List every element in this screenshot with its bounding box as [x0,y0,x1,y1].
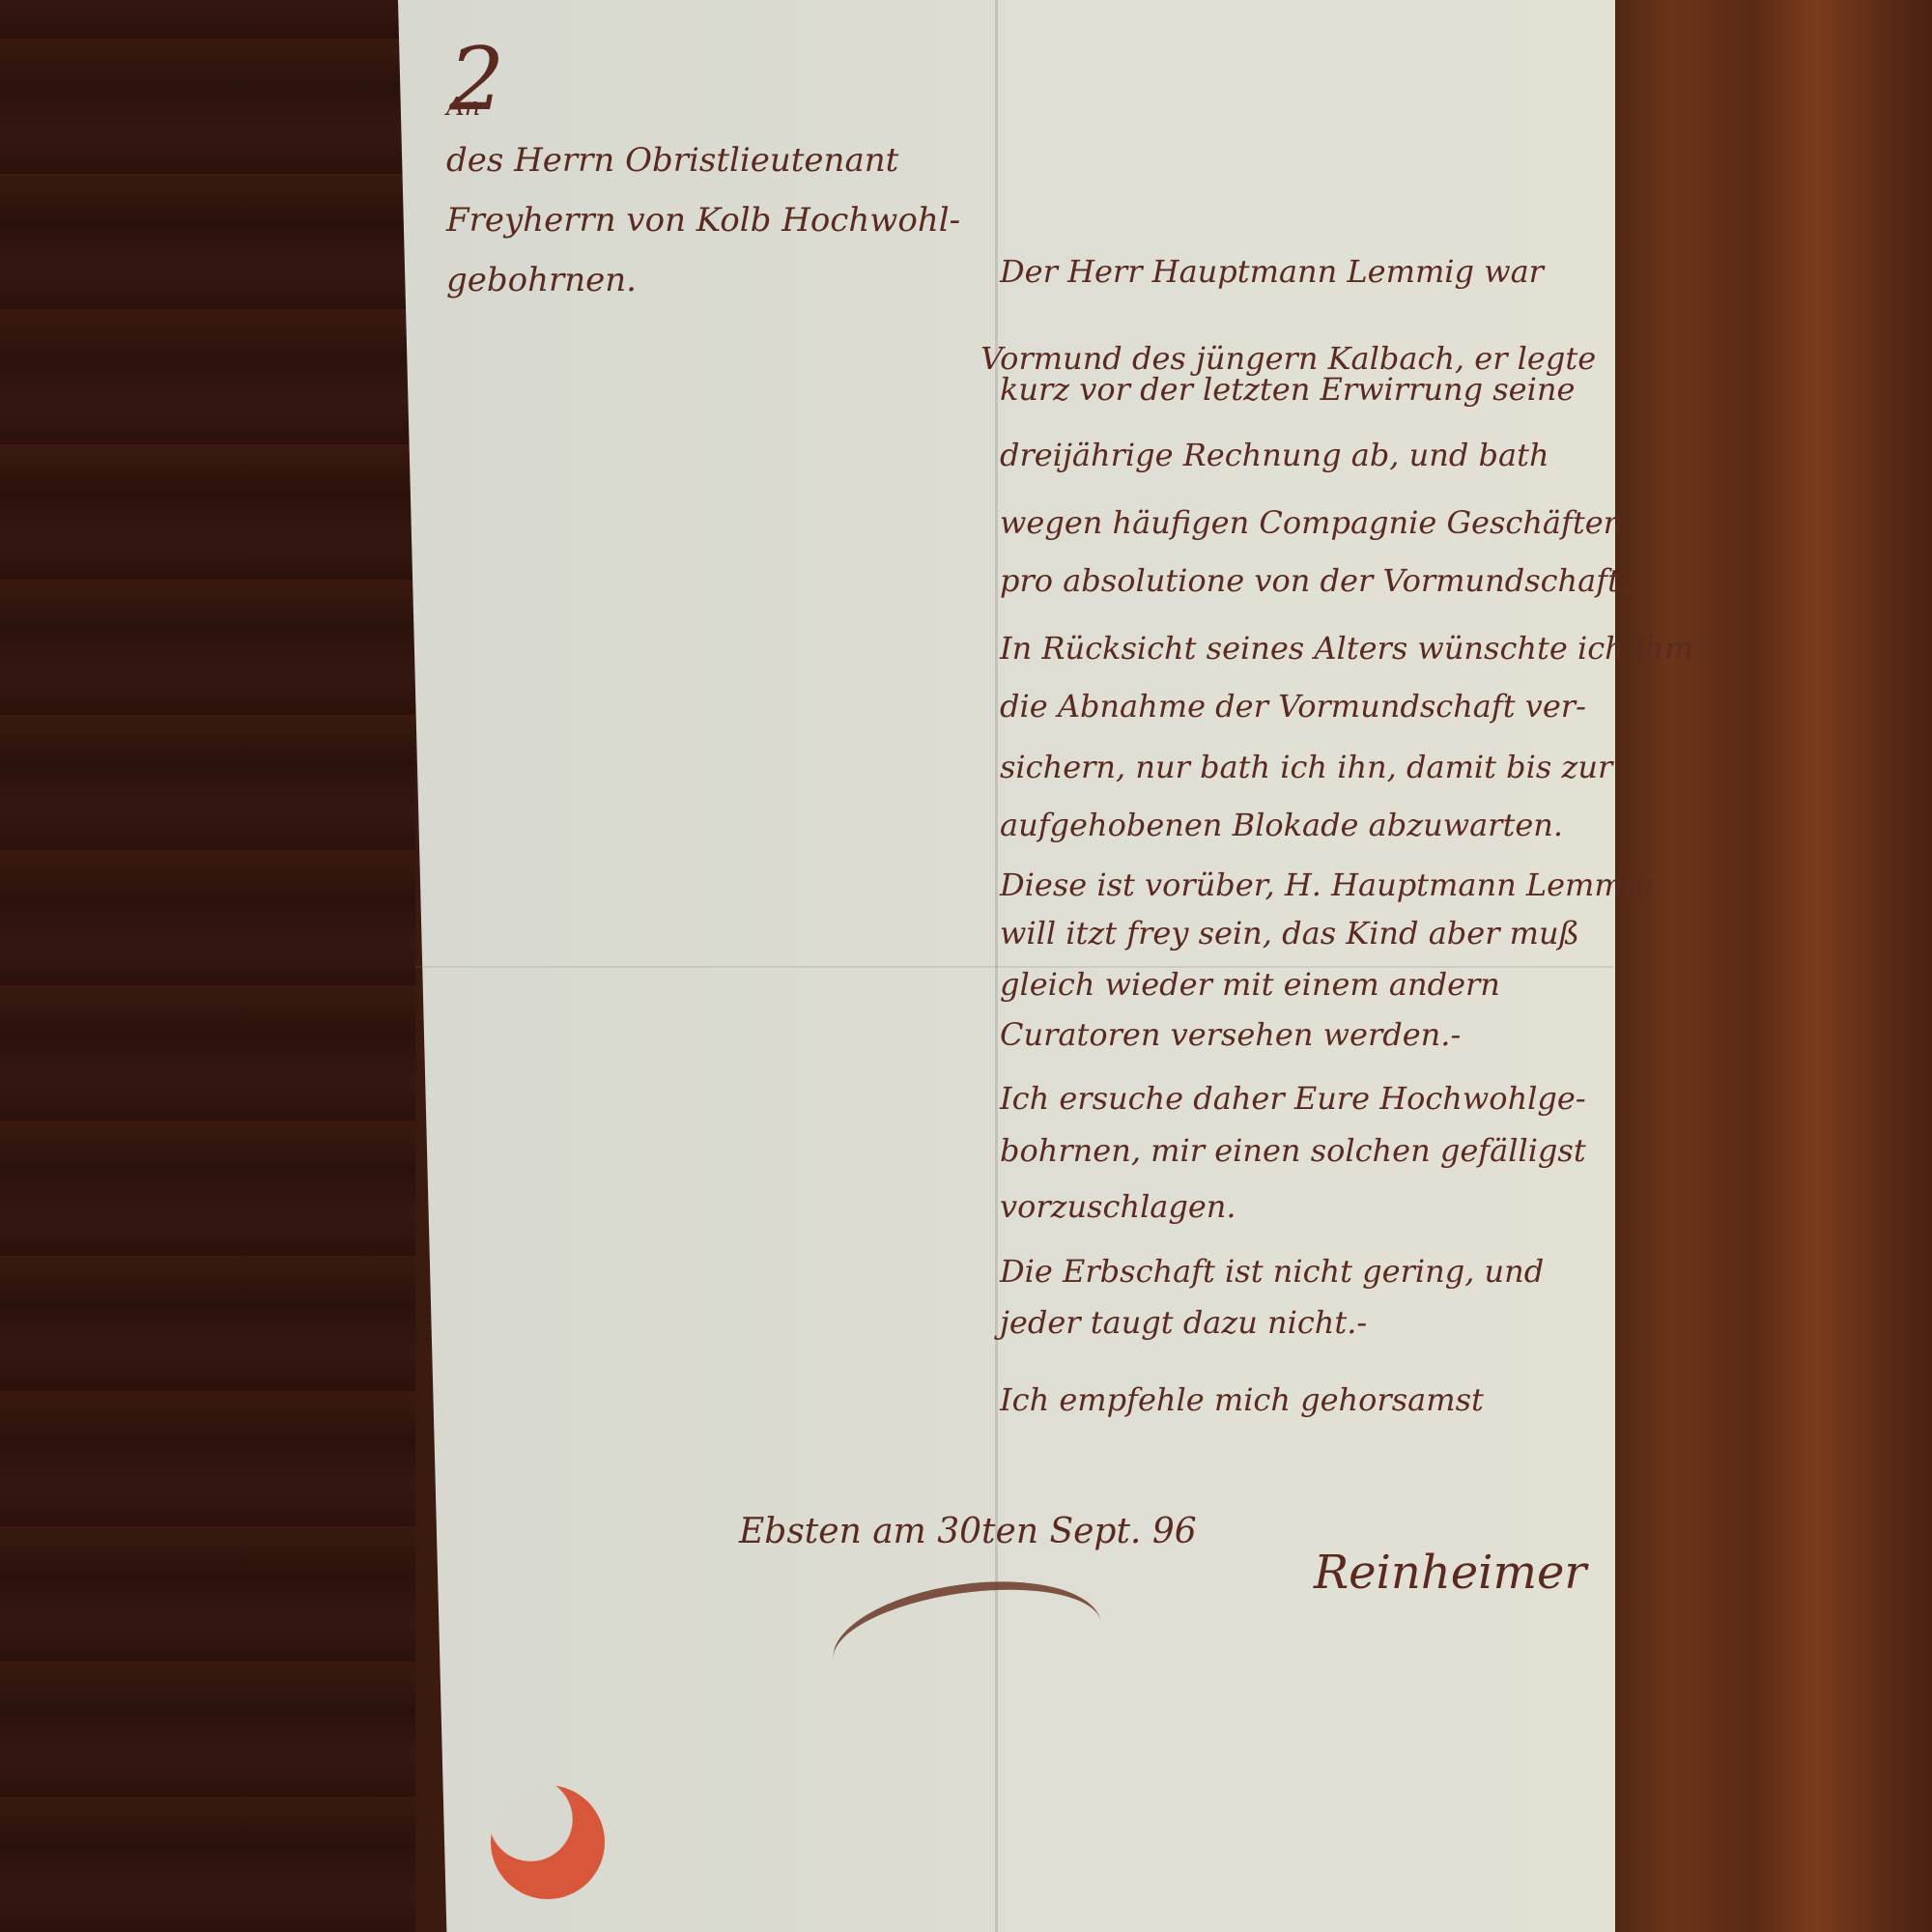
body-line: Ich ersuche daher Eure Hochwohlge- [1000,1080,1586,1117]
signature: Reinheimer [1314,1546,1586,1600]
body-line: Der Herr Hauptmann Lemmig war [1000,253,1544,290]
body-line: bohrnen, mir einen solchen gefälligst [1000,1132,1586,1169]
body-line: kurz vor der letzten Erwirrung seine [1000,371,1575,408]
body-line: will itzt frey sein, das Kind aber muß [1000,915,1579,952]
body-line: Die Erbschaft ist nicht gering, und [1000,1253,1544,1290]
body-line: Curatoren versehen werden.- [1000,1016,1461,1053]
address-line: An [446,77,481,137]
wood-table-left [0,0,415,1932]
body-line: aufgehobenen Blokade abzuwarten. [1000,807,1563,843]
body-line: vorzuschlagen. [1000,1188,1236,1225]
body-line: sichern, nur bath ich ihn, damit bis zur [1000,749,1612,785]
address-line: des Herrn Obristlieutenant [446,130,898,190]
address-line: gebohrnen. [446,250,637,310]
address-line: Freyherrn von Kolb Hochwohl- [446,190,960,250]
place-and-date: Ebsten am 30ten Sept. 96 [739,1512,1197,1551]
body-line: pro absolutione von der Vormundschaft.- [1000,562,1640,599]
body-line: Diese ist vorüber, H. Hauptmann Lemmig [1000,867,1653,903]
closing-line: Ich empfehle mich gehorsamst [1000,1381,1484,1418]
body-line: gleich wieder mit einem andern [1000,966,1500,1003]
body-line: die Abnahme der Vormundschaft ver- [1000,688,1586,724]
wood-table-right [1604,0,1932,1932]
red-wax-seal-remnant [491,1785,605,1899]
body-line: In Rücksicht seines Alters wünschte ich … [1000,630,1693,667]
body-line: jeder taugt dazu nicht.- [1000,1304,1367,1341]
body-line: wegen häufigen Compagnie Geschäften [1000,504,1623,541]
body-line: dreijährige Rechnung ab, und bath [1000,437,1549,473]
